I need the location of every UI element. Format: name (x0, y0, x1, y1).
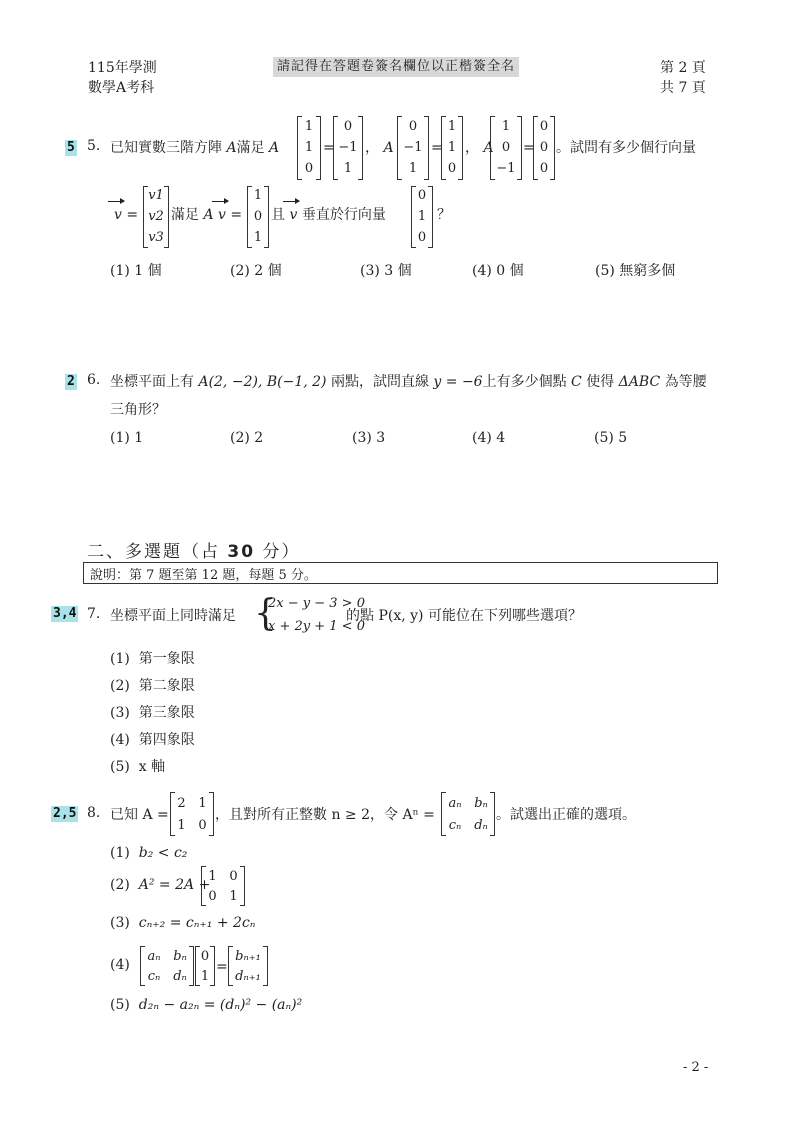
bracket-tick (209, 835, 213, 836)
q6-option-5: (5) 5 (594, 430, 627, 446)
bracket-tick (210, 946, 214, 947)
q5-option-4: (4) 0 個 (472, 260, 524, 280)
bracket-tick (491, 116, 495, 117)
bracket-tick (550, 179, 554, 180)
bracket-tick (517, 179, 521, 180)
answer-badge-q8: 2,5 (51, 806, 78, 822)
question-number: 5. (87, 138, 100, 154)
bracket-tick (458, 116, 462, 117)
signature-notice: 請記得在答題卷簽名欄位以正楷簽全名 (273, 57, 519, 77)
bracket-tick (164, 247, 168, 248)
bracket-tick (316, 116, 320, 117)
q7-intro: 坐標平面上同時滿足 (110, 606, 236, 626)
q5-intro: 已知實數三階方陣 A滿足 A (110, 138, 279, 158)
bracket-tick (398, 116, 402, 117)
matrix-m1-out: 0−11 (333, 116, 363, 180)
q6-stem-line1: 坐標平面上有 A(2, −2), B(−1, 2) 兩點，試問直線 y = −6… (110, 372, 707, 392)
q5-ask: 。試問有多少個行向量 (556, 138, 696, 158)
q7-option-5: (5) x 軸 (110, 756, 165, 776)
bracket-tick (424, 116, 428, 117)
matrix-m3-in: 10−1 (490, 116, 522, 180)
bracket-tick (196, 946, 200, 947)
matrix-av-result: 101 (247, 186, 269, 248)
bracket-tick (398, 179, 402, 180)
bracket-tick (210, 985, 214, 986)
q8-option-4: (4) (110, 957, 130, 973)
bracket-tick (334, 179, 338, 180)
bracket-tick (424, 179, 428, 180)
bracket-tick (171, 835, 175, 836)
q6-option-4: (4) 4 (472, 430, 505, 446)
bracket-tick (517, 116, 521, 117)
bracket-tick (202, 905, 206, 906)
question-number: 6. (87, 372, 100, 388)
question-mark: ？ (437, 205, 451, 225)
total-pages-label: 共 7 頁 (660, 78, 706, 98)
bracket-tick (316, 179, 320, 180)
bracket-tick (442, 792, 446, 793)
q5-perp: 且 v 垂直於行向量 (271, 205, 386, 225)
bracket-tick (490, 792, 494, 793)
bracket-tick (248, 186, 252, 187)
bracket-tick (298, 116, 302, 117)
q5-option-5: (5) 無窮多個 (595, 260, 675, 280)
q7-option-3: (3) 第三象限 (110, 702, 195, 722)
answer-badge-q6: 2 (65, 374, 77, 390)
q8-ask: 。試選出正確的選項。 (496, 805, 636, 825)
q7-option-2: (2) 第二象限 (110, 675, 195, 695)
separator: ， A (365, 138, 394, 158)
q8-option-3: (3) cₙ₊₂ = cₙ₊₁ + 2cₙ (110, 915, 255, 931)
exam-title: 115年學測 (88, 58, 157, 78)
q7-option-1: (1) 第一象限 (110, 648, 195, 668)
bracket-tick (490, 835, 494, 836)
bracket-tick (491, 179, 495, 180)
matrix-An: aₙbₙcₙdₙ (441, 792, 495, 836)
bracket-tick (164, 186, 168, 187)
q5-option-2: (2) 2 個 (230, 260, 282, 280)
bracket-tick (412, 247, 416, 248)
q7-option-4: (4) 第四象限 (110, 729, 195, 749)
bracket-tick (534, 179, 538, 180)
bracket-tick (298, 179, 302, 180)
matrix-An-option4: aₙbₙcₙdₙ (140, 946, 194, 986)
q8-intro: 已知 A = (110, 805, 169, 825)
bracket-tick (412, 186, 416, 187)
q6-option-3: (3) 3 (352, 430, 385, 446)
identity-matrix: 1001 (201, 866, 245, 906)
equals: = (216, 957, 228, 977)
bracket-tick (189, 985, 193, 986)
bracket-tick (442, 835, 446, 836)
page-number-label: 第 2 頁 (660, 58, 706, 78)
question-number: 8. (87, 805, 100, 821)
bracket-tick (202, 866, 206, 867)
bracket-tick (264, 247, 268, 248)
q8-mid: ，且對所有正整數 n ≥ 2，令 Aⁿ = (215, 805, 435, 825)
bracket-tick (334, 116, 338, 117)
bracket-tick (248, 247, 252, 248)
bracket-tick (358, 116, 362, 117)
bracket-tick (229, 946, 233, 947)
bracket-tick (263, 946, 267, 947)
q7-ask: 的點 P(x, y) 可能位在下列哪些選項？ (346, 606, 582, 626)
bracket-tick (358, 179, 362, 180)
bracket-tick (550, 116, 554, 117)
q8-option-5: (5) d₂ₙ − a₂ₙ = (dₙ)² − (aₙ)² (110, 997, 302, 1013)
bracket-tick (171, 792, 175, 793)
section-title: 二、多選題（占 30 分） (87, 537, 300, 562)
vector-v: v = (114, 205, 138, 225)
q8-option-2: (2) A² = 2A + (110, 877, 210, 893)
page-footer: - 2 - (683, 1060, 708, 1075)
bracket-tick (534, 116, 538, 117)
vector-v-components: v1v2v3 (143, 186, 169, 248)
q6-option-1: (1) 1 (110, 430, 143, 446)
bracket-tick (141, 946, 145, 947)
bracket-tick (442, 179, 446, 180)
q5-option-1: (1) 1 個 (110, 260, 162, 280)
q6-option-2: (2) 2 (230, 430, 263, 446)
vector-0-1: 01 (195, 946, 215, 986)
bracket-tick (428, 186, 432, 187)
subject-title: 數學A考科 (88, 78, 154, 98)
bracket-tick (442, 116, 446, 117)
matrix-m1-in: 110 (297, 116, 321, 180)
bracket-tick (189, 946, 193, 947)
bracket-tick (240, 905, 244, 906)
bracket-tick (209, 792, 213, 793)
q8-option-1: (1) b₂ < c₂ (110, 845, 187, 861)
bracket-tick (458, 179, 462, 180)
instructions-box: 說明：第 7 題至第 12 題，每題 5 分。 (83, 562, 718, 584)
bracket-tick (428, 247, 432, 248)
bracket-tick (144, 247, 148, 248)
matrix-A: 2110 (170, 792, 214, 836)
bracket-tick (264, 186, 268, 187)
bracket-tick (229, 985, 233, 986)
answer-badge-q7: 3,4 (51, 606, 78, 622)
matrix-perp-vec: 010 (411, 186, 433, 248)
bracket-tick (240, 866, 244, 867)
matrix-m2-out: 110 (441, 116, 463, 180)
q5-condition: 滿足 A v = (171, 205, 242, 225)
q5-option-3: (3) 3 個 (360, 260, 412, 280)
question-number: 7. (87, 606, 100, 622)
matrix-m2-in: 0−11 (397, 116, 429, 180)
bracket-tick (141, 985, 145, 986)
answer-badge-q5: 5 (65, 140, 77, 156)
bracket-tick (196, 985, 200, 986)
vector-result: bₙ₊₁dₙ₊₁ (228, 946, 268, 986)
q6-stem-line2: 三角形？ (110, 400, 166, 420)
bracket-tick (263, 985, 267, 986)
matrix-m3-out: 000 (533, 116, 555, 180)
bracket-tick (144, 186, 148, 187)
